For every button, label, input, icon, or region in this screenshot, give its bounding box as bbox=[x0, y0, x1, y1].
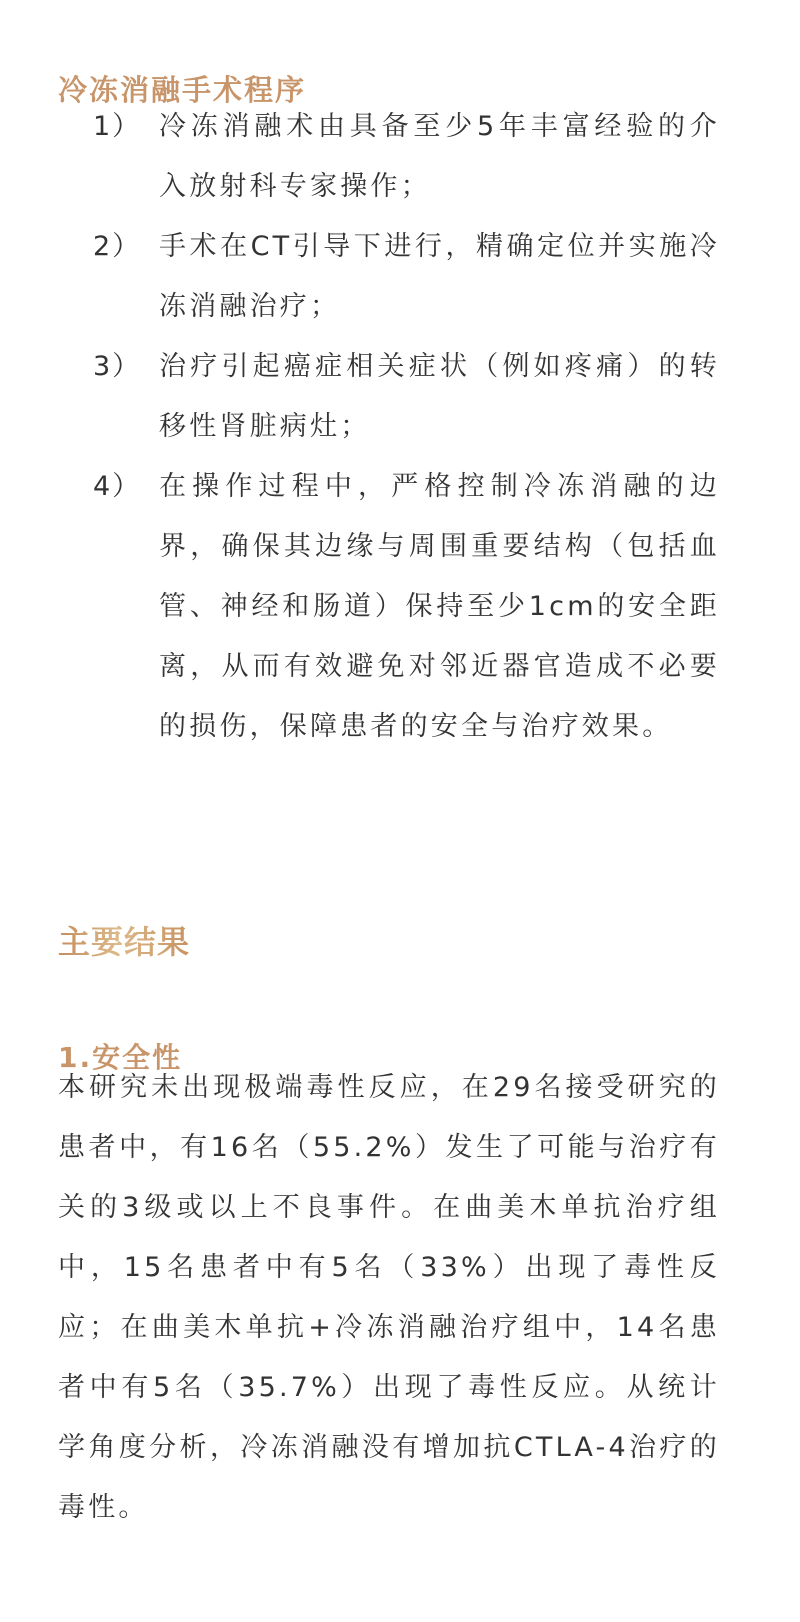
list-item-text: 治疗引起癌症相关症状（例如疼痛）的转移性肾脏病灶； bbox=[159, 351, 720, 442]
list-item-text: 冷冻消融术由具备至少5年丰富经验的介入放射科专家操作； bbox=[159, 111, 720, 202]
list-item-text: 手术在CT引导下进行，精确定位并实施冷冻消融治疗； bbox=[159, 231, 720, 322]
list-number: 2） bbox=[93, 217, 141, 277]
list-item: 4） 在操作过程中，严格控制冷冻消融的边界，确保其边缘与周围重要结构（包括血管、… bbox=[58, 457, 720, 757]
list-number: 3） bbox=[93, 337, 141, 397]
list-item-text: 在操作过程中，严格控制冷冻消融的边界，确保其边缘与周围重要结构（包括血管、神经和… bbox=[159, 471, 720, 742]
section-heading-main-results: 主要结果 bbox=[58, 917, 190, 967]
procedure-list: 1） 冷冻消融术由具备至少5年丰富经验的介入放射科专家操作； 2） 手术在CT引… bbox=[58, 97, 720, 757]
list-item: 1） 冷冻消融术由具备至少5年丰富经验的介入放射科专家操作； bbox=[58, 97, 720, 217]
list-item: 2） 手术在CT引导下进行，精确定位并实施冷冻消融治疗； bbox=[58, 217, 720, 337]
list-number: 1） bbox=[93, 97, 141, 157]
list-number: 4） bbox=[93, 457, 141, 517]
list-item: 3） 治疗引起癌症相关症状（例如疼痛）的转移性肾脏病灶； bbox=[58, 337, 720, 457]
safety-paragraph: 本研究未出现极端毒性反应，在29名接受研究的患者中，有16名（55.2%）发生了… bbox=[58, 1058, 720, 1538]
